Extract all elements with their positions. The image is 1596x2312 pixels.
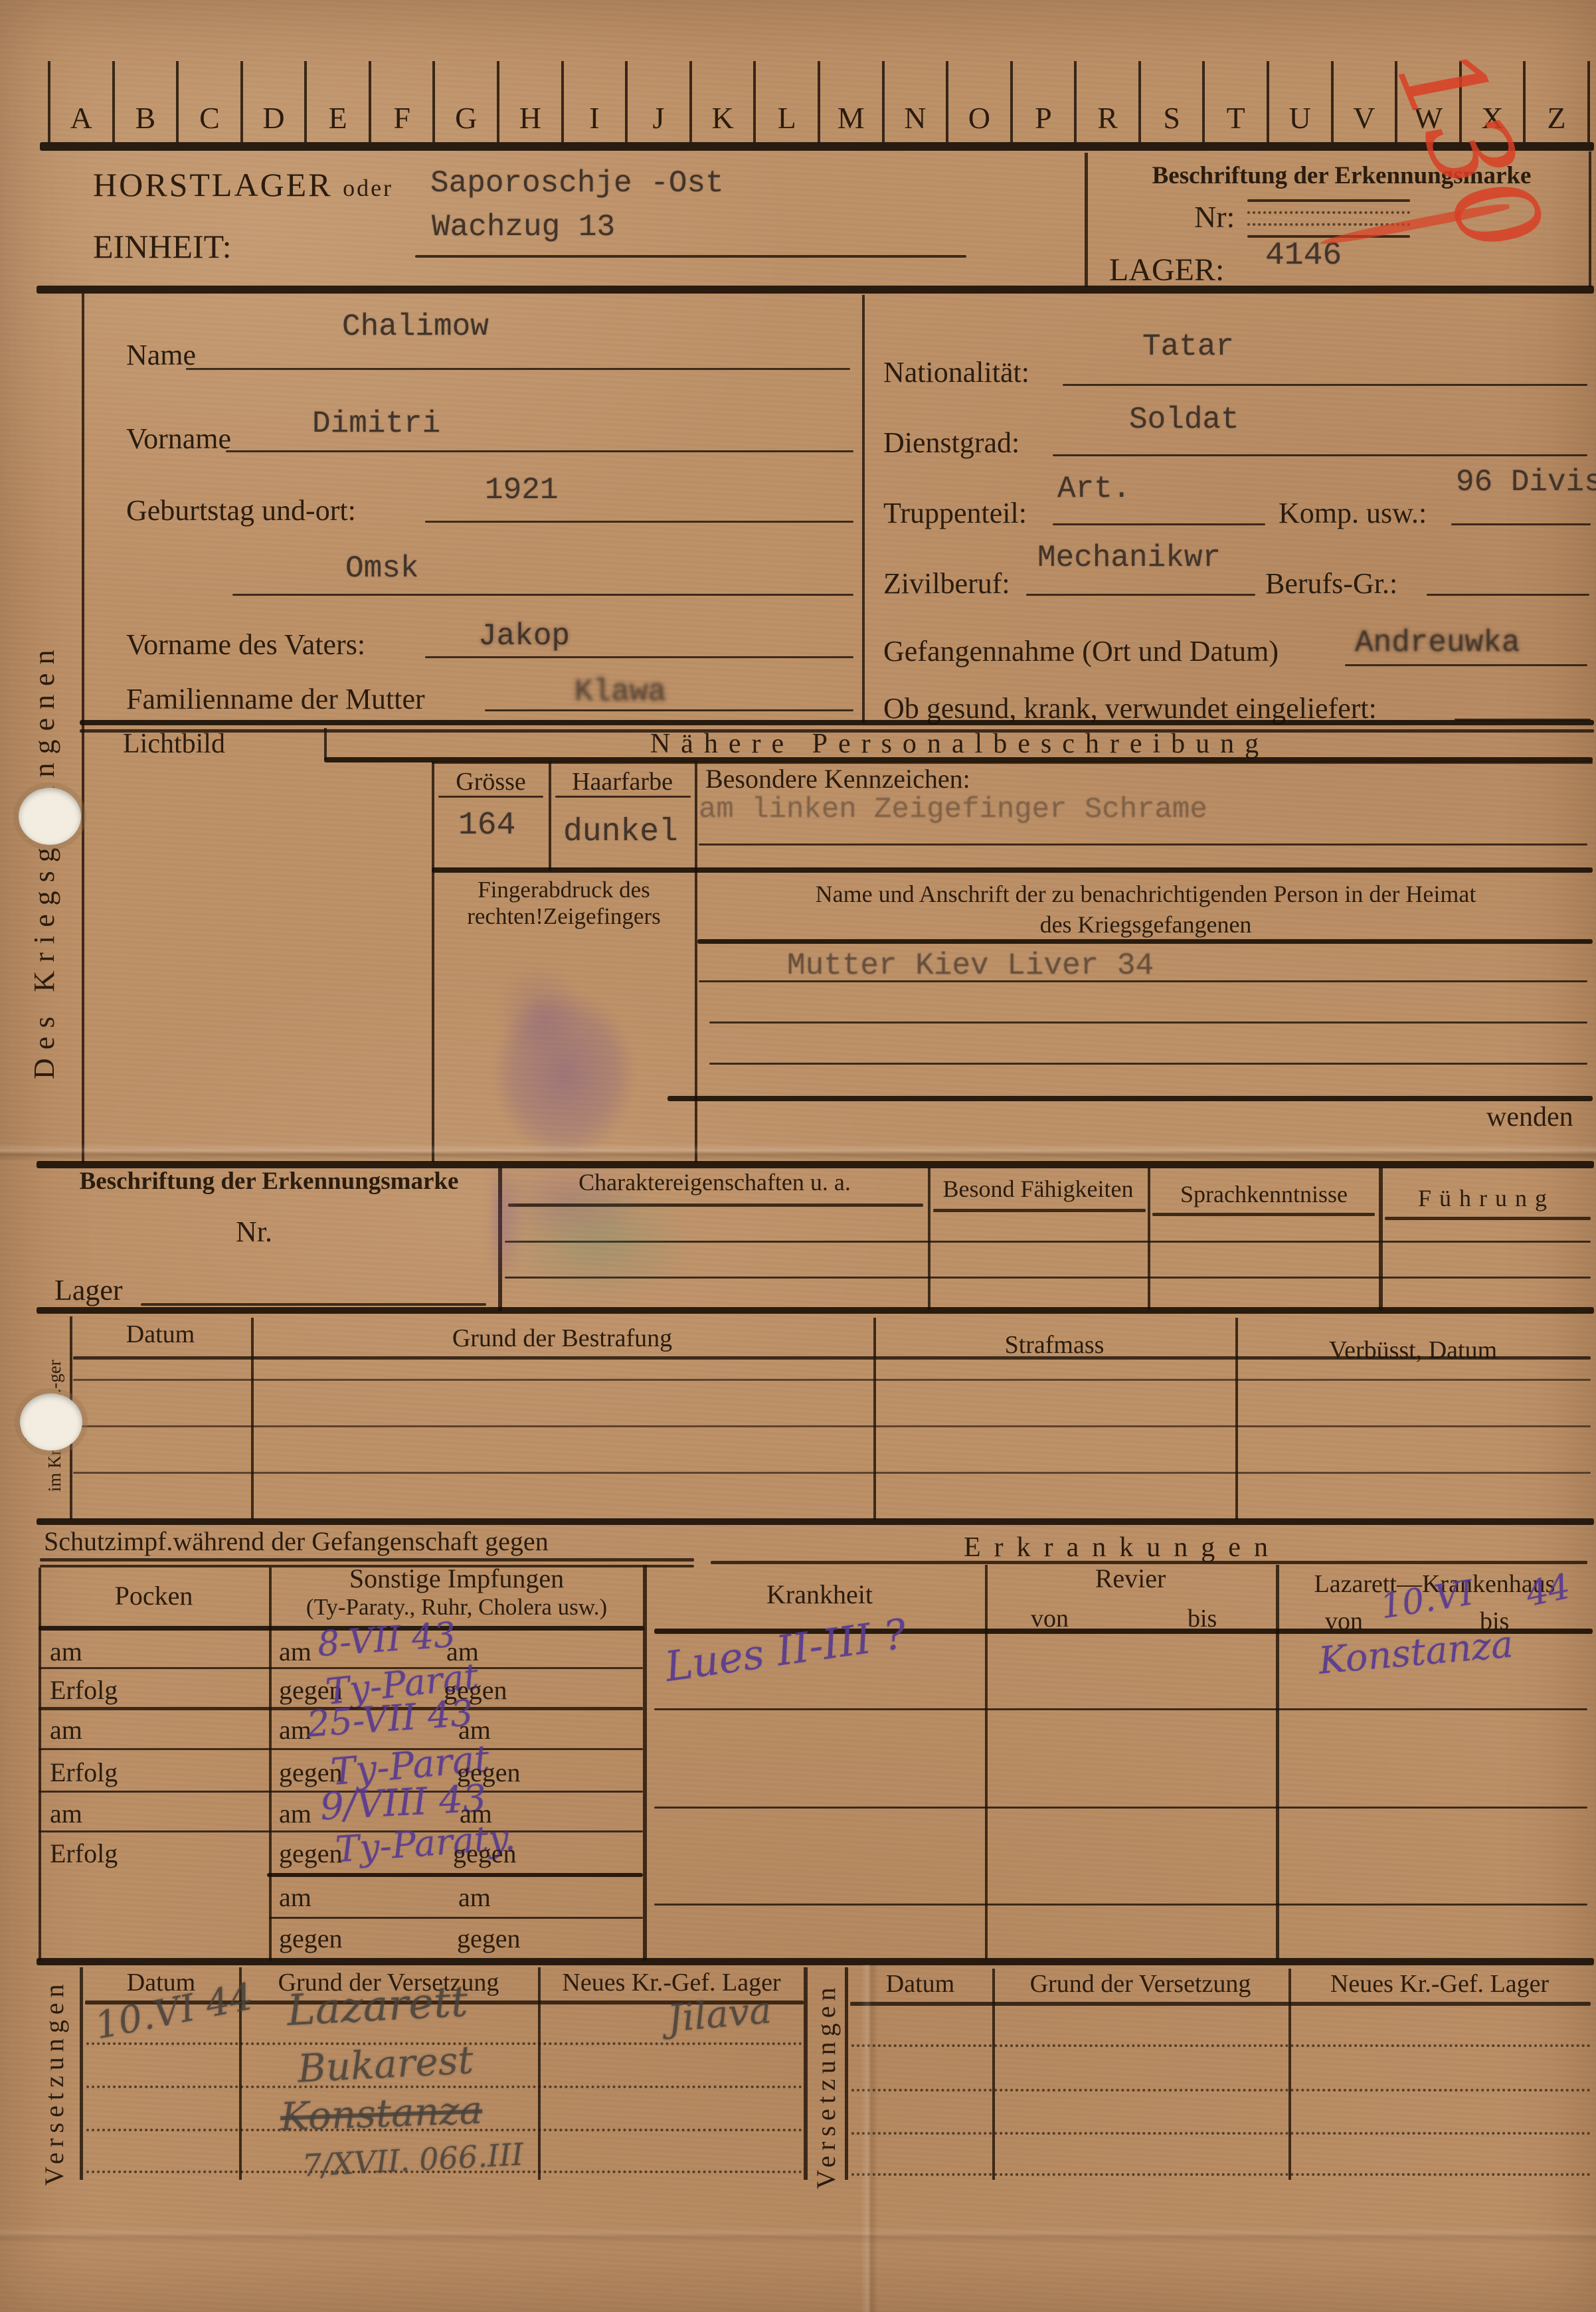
rule (1345, 664, 1587, 666)
transfers-lager-header: Neues Kr.-Gef. Lager (1288, 1971, 1591, 1998)
alphabet-letter: B (112, 61, 177, 142)
punishment-datum-header: Datum (70, 1322, 251, 1348)
rule (267, 1873, 643, 1877)
alphabet-letter: E (304, 61, 369, 142)
pocken-erfolg-label: Erfolg (50, 1840, 118, 1868)
sonstige-am-label: am (458, 1884, 491, 1912)
illnesses-title: Erkrankungen (654, 1533, 1591, 1562)
alphabet-letter: R (1074, 61, 1138, 142)
divider (1235, 1318, 1238, 1520)
vorname-value: Dimitri (312, 408, 440, 440)
punishment-strafmass-header: Strafmass (873, 1332, 1235, 1359)
komp-label: Komp. usw.: (1279, 498, 1427, 529)
lazarett-bis-value: 44 (1523, 1569, 1573, 1613)
nr-label: Nr: (1194, 201, 1235, 233)
fold-crease (861, 1965, 878, 2312)
divider (862, 295, 865, 723)
nationalitaet-value: Tatar (1142, 331, 1234, 363)
camp-label-text: HORSTLAGER (93, 166, 333, 203)
rule (226, 450, 853, 452)
zivilberuf-label: Zivilberuf: (883, 569, 1010, 599)
rule (505, 1277, 1591, 1279)
rule (432, 761, 1593, 764)
pocken-am-label: am (50, 1638, 82, 1666)
pocken-erfolg-label: Erfolg (50, 1759, 118, 1787)
rule (933, 1209, 1146, 1212)
camp-label: HORSTLAGER oder (93, 167, 393, 203)
rule (1451, 523, 1591, 525)
lager-label: LAGER: (1109, 254, 1224, 287)
divider (498, 1166, 502, 1311)
rule (232, 594, 853, 596)
traits-col4-header: Führung (1381, 1186, 1591, 1211)
divider (432, 761, 434, 1162)
rule (73, 1379, 1591, 1381)
punishment-grund-header: Grund der Bestrafung (251, 1326, 873, 1352)
lichtbild-label: Lichtbild (123, 729, 225, 758)
strikeout-line (1247, 211, 1410, 214)
rule (654, 1904, 1587, 1906)
rule (1053, 523, 1265, 525)
alphabet-letter: L (753, 61, 818, 142)
vaccination-date-handwritten: 8-VII 43 (316, 1617, 457, 1663)
alphabet-letter: Z (1523, 61, 1590, 142)
pocken-am-label: am (50, 1716, 82, 1744)
dienstgrad-label: Dienstgrad: (883, 428, 1020, 458)
rule (40, 1558, 694, 1561)
punch-hole (19, 788, 81, 845)
vaccination-date-handwritten: 25-VII 43 (306, 1694, 474, 1743)
sonstige-gegen-label: gegen (457, 1925, 521, 1953)
sonstige-gegen-label: gegen (453, 1840, 517, 1868)
transfers-side-label: Versetzungen (809, 1986, 843, 2185)
kennzeichen-label: Besondere Kennzeichen: (705, 765, 970, 793)
krankheit-value-handwritten: Lues II-III ? (662, 1612, 909, 1688)
rule (667, 1096, 1593, 1101)
alphabet-letter: K (689, 61, 754, 142)
sonstige-header: (Ty-Paraty., Ruhr, Cholera usw.) (269, 1595, 644, 1620)
divider (80, 1967, 83, 2180)
alphabet-letter: M (818, 61, 882, 142)
rule (654, 1807, 1587, 1809)
alphabet-letter: I (561, 61, 626, 142)
sonstige-gegen-label: gegen (279, 1925, 343, 1953)
sonstige-gegen-label: gegen (279, 1840, 343, 1868)
haarfarbe-value: dunkel (563, 816, 678, 849)
transfer-grund-handwritten: Lazarett (286, 1980, 469, 2034)
notify-label: des Kriegsgefangenen (699, 913, 1593, 938)
rule (851, 2089, 1591, 2091)
alphabet-letter: A (48, 61, 112, 142)
fingerprint-smudge (457, 943, 663, 1169)
rule (555, 796, 691, 798)
dienstgrad-value: Soldat (1129, 404, 1239, 436)
transfer-grund-handwritten: Bukarest (297, 2040, 475, 2090)
divider (845, 1967, 848, 2180)
rule (432, 867, 1593, 873)
rule (269, 1917, 643, 1919)
groesse-value: 164 (458, 809, 515, 842)
divider (324, 728, 327, 760)
divider (928, 1168, 931, 1310)
traits-col2-header: Besond Fähigkeiten (930, 1177, 1146, 1202)
mutter-value: Klawa (575, 676, 666, 708)
rule (425, 521, 853, 523)
alphabet-letter: N (882, 61, 946, 142)
alphabet-letter: G (432, 61, 497, 142)
rule (505, 1241, 1591, 1243)
strikeout-line (1247, 199, 1410, 202)
rule (86, 2086, 802, 2088)
alphabet-letter: P (1010, 61, 1075, 142)
rule (37, 1307, 1594, 1314)
berufsgr-label: Berufs-Gr.: (1265, 569, 1397, 599)
rule (37, 286, 1594, 294)
rule (485, 709, 853, 711)
divider (251, 1318, 254, 1520)
rule (1026, 594, 1255, 596)
geburtstag-label: Geburtstag und-ort: (126, 495, 356, 526)
idbox-lager-label: Lager (54, 1275, 123, 1306)
name-value: Chalimow (342, 311, 489, 343)
alphabet-letter: S (1138, 61, 1203, 142)
alphabet-letter: O (946, 61, 1010, 142)
transfers-side-label: Versetzungen (35, 1983, 74, 2182)
alphabet-letter: J (625, 61, 689, 142)
rule (415, 255, 966, 258)
rule (73, 1356, 1591, 1360)
mutter-label: Familienname der Mutter (126, 684, 425, 715)
alphabet-letter: H (497, 61, 561, 142)
transfer-grund-handwritten: 7/XVII. 066.III (302, 2138, 524, 2182)
divider (985, 1565, 988, 1959)
sonstige-header: Sonstige Impfungen (269, 1565, 644, 1593)
einheit-label: EINHEIT: (93, 229, 232, 264)
gefangennahme-value: Andreuwka (1355, 627, 1520, 659)
divider (643, 1565, 647, 1961)
idbox-title: Beschriftung der Erkennungsmarke (43, 1169, 495, 1195)
transfer-lager-handwritten: Jilava (666, 1991, 773, 2039)
oder-label: oder (343, 175, 393, 201)
alphabet-letter: C (176, 61, 240, 142)
divider (804, 1967, 808, 2180)
rule (654, 1708, 1587, 1710)
camp-value-line1: Saporoschje -Ost (430, 167, 724, 199)
rule (1063, 384, 1587, 386)
rule (73, 1425, 1591, 1427)
rule (851, 2132, 1591, 2135)
revier-header: Revier (985, 1565, 1276, 1593)
divider (695, 761, 697, 1162)
divider (873, 1318, 876, 1520)
kennzeichen-value: am linken Zeigefinger Schrame (699, 794, 1207, 825)
divider (82, 294, 84, 1164)
punch-hole (20, 1393, 82, 1451)
rule (40, 142, 1594, 151)
alphabet-letter: U (1267, 61, 1331, 142)
divider (1589, 151, 1591, 287)
rule (709, 1063, 1587, 1065)
rule (438, 796, 543, 798)
traits-col3-header: Sprachkenntnisse (1150, 1182, 1377, 1207)
rule (709, 1022, 1587, 1023)
fingerprint-label: Fingerabdruck des (433, 878, 695, 903)
vater-label: Vorname des Vaters: (126, 630, 365, 660)
vorname-label: Vorname (126, 424, 231, 454)
rule (1427, 594, 1589, 596)
rule (73, 1472, 1591, 1474)
haarfarbe-label: Haarfarbe (550, 769, 695, 796)
divider (1276, 1565, 1279, 1959)
rule (1152, 1213, 1375, 1216)
komp-value: 96 Divis (1456, 466, 1596, 498)
alphabet-index-strip: A B C D E F G H I J K L M N O P R S T U … (48, 61, 1590, 142)
idbox-nr-label: Nr. (236, 1217, 272, 1247)
rule (186, 368, 850, 370)
divider (992, 1969, 995, 2180)
groesse-label: Grösse (433, 769, 549, 796)
camp-value-line2: Wachzug 13 (432, 211, 615, 243)
punishment-verbuesst-header: Verbüsst, Datum (1235, 1338, 1591, 1364)
fold-crease (0, 1144, 1596, 1161)
geburtsort-value: Omsk (345, 553, 418, 584)
pow-personnel-card: A B C D E F G H I J K L M N O P R S T U … (0, 0, 1596, 2312)
rule (697, 939, 1593, 944)
rule (141, 1303, 486, 1306)
truppenteil-label: Truppenteil: (883, 498, 1027, 529)
notify-label: Name und Anschrift der zu benachrichtige… (699, 882, 1593, 907)
krankheit-header: Krankheit (654, 1581, 985, 1609)
alphabet-letter: D (240, 61, 305, 142)
divider (1288, 1969, 1291, 2180)
sonstige-am-label: am (279, 1800, 311, 1828)
rule (699, 980, 1587, 982)
rule (850, 2002, 1591, 2006)
divider (1148, 1168, 1150, 1310)
rule (37, 1518, 1594, 1525)
fold-crease (0, 2226, 1596, 2244)
pocken-header: Pocken (39, 1582, 269, 1610)
name-label: Name (126, 340, 196, 371)
vater-value: Jakop (478, 620, 570, 652)
truppenteil-value: Art. (1057, 473, 1130, 505)
pocken-am-label: am (50, 1800, 82, 1828)
rule (1385, 1217, 1591, 1220)
alphabet-letter: T (1202, 61, 1267, 142)
rule (425, 656, 853, 658)
rule (37, 1958, 1594, 1965)
rule (80, 720, 1594, 725)
sonstige-am-label: am (279, 1638, 311, 1666)
divider (538, 1967, 541, 2180)
nationalitaet-label: Nationalität: (883, 357, 1029, 388)
transfers-grund-header: Grund der Versetzung (992, 1971, 1288, 1998)
rule (1053, 454, 1587, 456)
rule (508, 1203, 923, 1207)
gefangennahme-label: Gefangennahme (Ort und Datum) (883, 636, 1279, 667)
alphabet-letter: F (369, 61, 433, 142)
fingerprint-label: rechten!Zeigefingers (433, 905, 695, 929)
rule (851, 2173, 1591, 2176)
divider (1379, 1168, 1383, 1310)
pocken-erfolg-label: Erfolg (50, 1676, 118, 1704)
zivilberuf-value: Mechanikwr (1037, 542, 1221, 574)
transfer-grund-handwritten-struck: Konstanza (280, 2090, 483, 2137)
rule (699, 844, 1587, 845)
vaccinations-title: Schutzimpf.während der Gefangenschaft ge… (44, 1528, 549, 1556)
traits-col1-header: Charaktereigenschaften u. a. (503, 1170, 926, 1196)
geburtstag-value: 1921 (485, 474, 558, 506)
sonstige-am-label: am (279, 1884, 311, 1912)
turn-over-label: wenden (1486, 1103, 1573, 1132)
divider (1085, 153, 1088, 287)
rule (851, 2044, 1591, 2047)
notify-value: Mutter Kiev Liver 34 (787, 950, 1154, 982)
nr-value: 4146 (1265, 239, 1342, 272)
description-title: Nähere Personalbeschreibung (332, 729, 1587, 758)
